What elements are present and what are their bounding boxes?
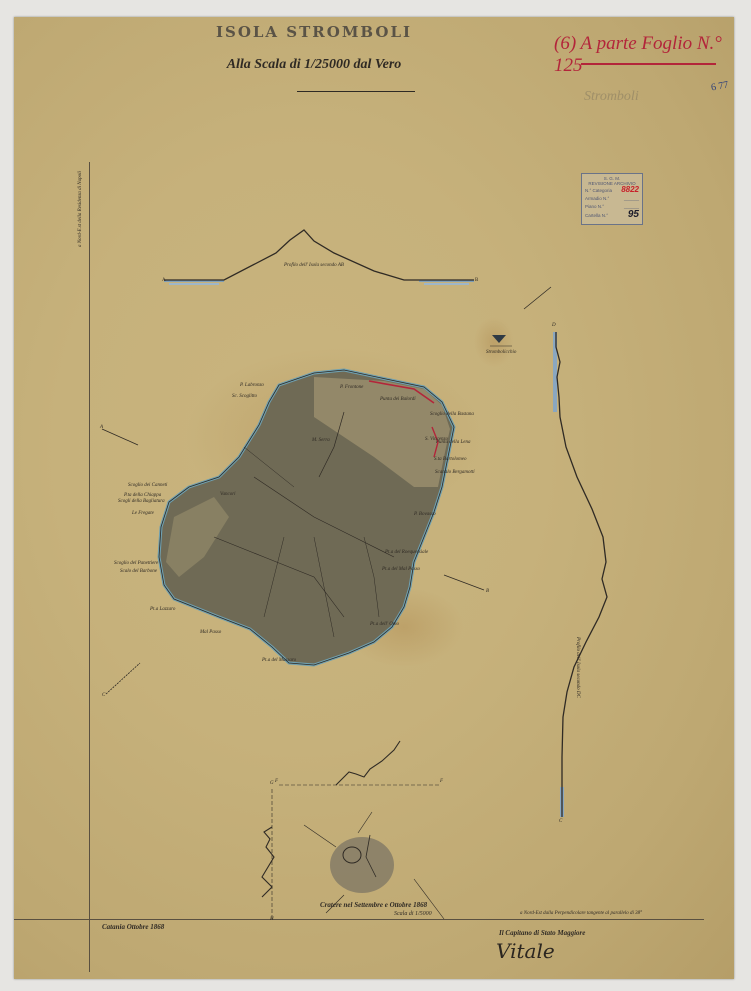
place-label: Pt.a Lazzaro [150,607,175,612]
place-label: Scoglio dei Canneti [128,483,167,488]
map-sheet: ISOLA STROMBOLI Alla Scala di 1/25000 da… [14,17,734,979]
place-label: Sc. Scoglitto [232,394,257,399]
place-label: S.ta Bartolomeo [434,457,467,462]
place-label: Pt.a del Mal Passo [382,567,420,572]
footer-captain: Il Capitano di Stato Maggiore [499,929,585,937]
place-label: P. Frontone [340,385,363,390]
profile-dc-caption: Profilo dell' Isola secondo DC [575,637,580,698]
marker-h: H [270,917,274,922]
place-label: Scogli della Bagliatura [118,499,165,504]
place-label: Le Fregate [132,511,154,516]
place-label: Scalo del Barbone [120,569,157,574]
crater-scale: Scala di 1/5000 [394,911,432,917]
place-label: Vancori [220,492,236,497]
marker-c-profile: C [559,819,562,824]
place-label: Punta della Lena [436,440,470,445]
map-graphics: A B [14,17,734,979]
marker-f-right: F [440,779,443,784]
marker-c: C [102,693,105,698]
place-label: P. Bovasso [414,512,436,517]
place-label: Pt.a dell' Omo [370,622,399,627]
profile-ab: A B [162,230,479,285]
place-label: Scanalo Bergamotti [435,470,475,475]
svg-text:B: B [475,278,479,283]
place-label: Pt.a del Massaro [262,658,296,663]
crater-caption: Cratere nel Settembre e Ottobre 1868 [320,901,427,909]
footer-date: Catania Ottobre 1868 [102,923,164,931]
strombolicchio-rock [492,335,506,343]
marker-g: G [270,781,274,786]
marker-a: A [100,425,103,430]
footer-note: a Nord-Est dalla Perpendicolare tangente… [520,911,642,916]
place-label: P.ta della Chiappa [124,493,161,498]
place-label: Scoglio del Panettiere [114,561,158,566]
place-label: Mal Passo [200,630,221,635]
place-label: Scoglio della Bastana [430,412,474,417]
place-label: Punta dei Balordi [380,397,416,402]
profile-ab-caption: Profilo dell' Isola secondo AB [284,263,344,268]
place-label: M. Serra [312,438,330,443]
marker-b: B [486,589,489,594]
marker-d: D [552,323,556,328]
place-label: Pt.a del Roequessiale [385,550,428,555]
profile-dc [553,332,607,817]
svg-text:A: A [162,278,166,283]
crater-inset [262,741,444,921]
marker-f-left: F [275,779,278,784]
strombolicchio-label: Strombolicchio [486,350,516,355]
stromboli-island [159,370,454,665]
place-label: P. Labronzo [240,383,264,388]
signature: Vitale [496,939,555,963]
